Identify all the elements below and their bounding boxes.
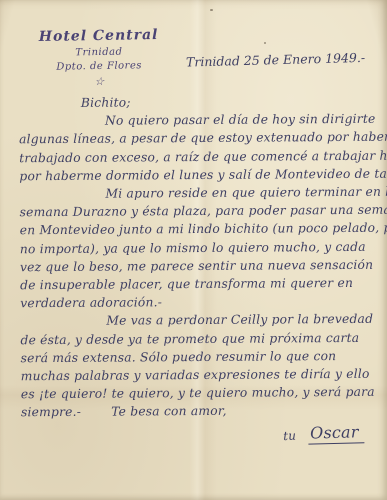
letterhead-hotel-name: Hotel Central — [23, 27, 173, 46]
signature-name: Oscar — [308, 423, 365, 445]
letter-line: en Montevideo junto a mi lindo bichito (… — [20, 219, 380, 240]
date-line: Trinidad 25 de Enero 1949.- — [186, 49, 381, 69]
closing-phrase: Te besa con amor, — [111, 404, 227, 419]
scanned-letter-page: Hotel Central Trinidad Dpto. de Flores ☆… — [0, 0, 387, 500]
letter-body: Bichito; No quiero pasar el día de hoy s… — [19, 92, 381, 446]
last-words: siempre.- — [21, 405, 81, 419]
letter-line: no importa), ya que lo mismo lo quiero m… — [20, 237, 380, 258]
letter-line: trabajado con exceso, a raíz de que come… — [19, 146, 379, 167]
letter-line: es ¡te quiero! te quiero, y te quiero mu… — [21, 383, 381, 404]
letter-line: algunas líneas, a pesar de que estoy ext… — [19, 128, 379, 149]
letterhead: Hotel Central Trinidad Dpto. de Flores ☆ — [23, 27, 174, 90]
letterhead-department: Dpto. de Flores — [24, 60, 174, 74]
letter-line: Me vas a perdonar Ceilly por la brevedad — [106, 310, 380, 330]
salutation: Bichito; — [81, 92, 379, 112]
paper-speck — [264, 42, 266, 44]
letter-line: de insuperable placer, que transforma mi… — [20, 274, 380, 295]
letter-line: No quiero pasar el día de hoy sin dirigi… — [105, 110, 379, 130]
letterhead-city: Trinidad — [24, 46, 174, 60]
letter-line: de ésta, y desde ya te prometo que mi pr… — [20, 328, 380, 349]
signature-intro: tu — [283, 428, 297, 443]
star-icon: ☆ — [24, 74, 174, 90]
paper-speck — [210, 9, 213, 11]
signature-block: tu Oscar — [283, 420, 382, 446]
closing-line: siempre.- Te besa con amor, — [21, 401, 381, 422]
letter-line: Mi apuro reside en que quiero terminar e… — [105, 183, 379, 203]
